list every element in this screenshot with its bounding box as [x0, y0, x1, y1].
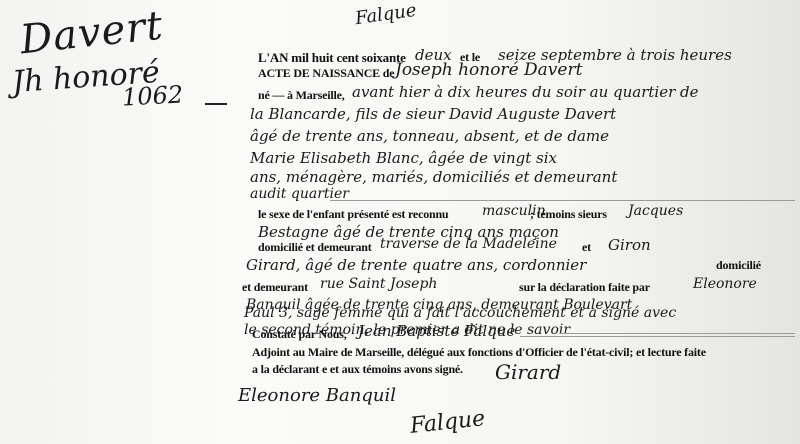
signature-declarant: Eleonore Banquil	[238, 385, 396, 406]
printed-et-demeurant: et demeurant	[242, 280, 308, 295]
printed-year-line: L'AN mil huit cent soixante	[258, 50, 406, 66]
printed-domicilie-2: domicilié	[716, 258, 761, 273]
hw-witness1-first: Jacques	[628, 203, 683, 219]
hw-declarant-line2: Paul 3, sage femme qui a fait l'accouche…	[244, 305, 676, 321]
hw-witness2-line: Girard, âgé de trente quatre ans, cordon…	[246, 256, 586, 274]
printed-ne-a-marseille: né — à Marseille,	[258, 88, 345, 103]
printed-avons-signe: a la déclarant e et aux témoins avons si…	[252, 362, 463, 377]
printed-acte-de-naissance: ACTE DE NAISSANCE de	[258, 66, 394, 81]
printed-temoins: ; témoins sieurs	[530, 207, 607, 222]
printed-sexe: le sexe de l'enfant présenté est reconnu	[258, 207, 448, 222]
register-page: Davert Jh honoré 1062 Falque L'AN mil hu…	[0, 0, 800, 444]
hw-birth-line3: âgé de trente ans, tonneau, absent, et d…	[250, 127, 609, 145]
fill-line-2	[560, 333, 795, 334]
printed-domicilie-1: domicilié et demeurant	[258, 240, 372, 255]
printed-declaration: sur la déclaration faite par	[519, 280, 650, 295]
margin-surname: Davert	[18, 3, 165, 64]
signature-witness: Girard	[495, 360, 561, 384]
hw-birth-line5: ans, ménagère, mariés, domiciliés et dem…	[250, 168, 617, 186]
hw-officer-name: Jean Baptiste Falque	[358, 322, 515, 340]
fill-line-3	[520, 336, 795, 337]
signature-officer: Falque	[409, 406, 486, 439]
printed-adjoint: Adjoint au Maire de Marseille, délégué a…	[252, 345, 706, 360]
top-signature: Falque	[354, 0, 418, 29]
hw-birth-line4: Marie Elisabeth Blanc, âgée de vingt six	[250, 149, 557, 167]
hw-declarant-first: Eleonore	[693, 276, 757, 292]
hw-birth-line1: avant hier à dix heures du soir au quart…	[352, 83, 699, 101]
fill-line	[330, 200, 795, 201]
printed-et: et	[582, 240, 591, 255]
margin-dash	[205, 103, 227, 105]
hw-witness2-address: rue Saint Joseph	[320, 276, 437, 292]
hw-witness1-address: traverse de la Madeleine	[380, 236, 557, 252]
margin-entry-number: 1062	[121, 80, 183, 111]
hw-witness2-first: Giron	[608, 236, 651, 254]
hw-child-name: Joseph honoré Davert	[395, 60, 582, 80]
hw-birth-line2: la Blancarde, fils de sieur David August…	[250, 105, 616, 123]
printed-constate: Constaté par Nous,	[252, 327, 347, 342]
